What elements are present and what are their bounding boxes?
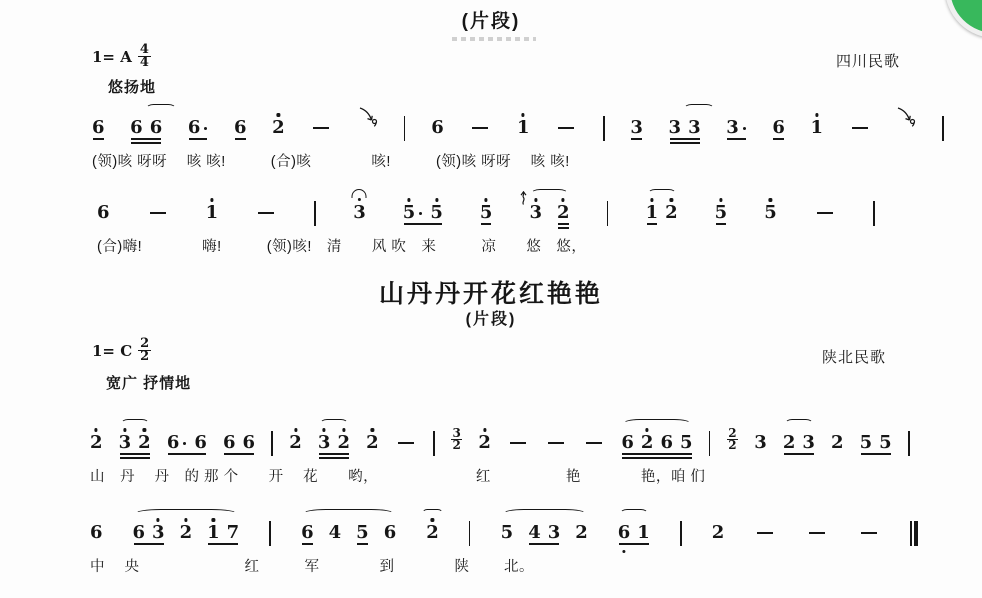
beamed-run: 66	[223, 418, 255, 464]
note-group: 2	[478, 418, 491, 464]
note-group: 32	[529, 188, 569, 234]
beam-underline	[404, 223, 442, 225]
note: 1	[637, 508, 650, 554]
scan-smudge-artifact	[452, 37, 536, 41]
note-group: 2	[366, 418, 379, 464]
note: 2	[426, 508, 439, 554]
note: 2	[712, 508, 725, 554]
note-group: 3	[353, 188, 366, 234]
note: 5	[715, 188, 728, 234]
note: 6	[384, 508, 397, 554]
note: 6	[167, 418, 188, 464]
augmentation-dot	[183, 442, 186, 445]
octave-dot-high	[431, 518, 434, 521]
octave-dot-high	[184, 518, 187, 521]
duration-dash	[545, 418, 567, 444]
beam-underline	[131, 138, 161, 140]
note: 3	[802, 418, 815, 464]
beam-underline	[481, 223, 492, 225]
notation-row: 613555321255	[97, 188, 875, 234]
note: 6	[97, 188, 110, 234]
octave-dot-high	[435, 198, 438, 201]
song1-tempo-marking: 悠扬地	[108, 76, 156, 97]
bar-line	[709, 418, 711, 456]
note-group: 5	[764, 188, 777, 234]
note: 6	[431, 103, 444, 149]
beamed-run: 66	[167, 418, 207, 464]
note-group: 1	[206, 188, 219, 234]
duration-dash	[469, 103, 491, 129]
note-group: 1	[811, 103, 824, 149]
beamed-run: 17	[207, 508, 239, 554]
note: 2	[831, 418, 844, 464]
bar-line	[469, 508, 471, 546]
duration-dash	[255, 188, 277, 214]
duration-dash	[395, 418, 417, 444]
octave-dot-high	[95, 428, 98, 431]
note: 6	[223, 418, 236, 464]
note: 6	[90, 508, 103, 554]
note: 5	[764, 188, 777, 234]
slide-up-ornament-icon	[519, 191, 528, 205]
note-group: 2	[712, 508, 725, 554]
beam-underline	[189, 138, 208, 140]
octave-dot-high	[670, 198, 673, 201]
note-group: 2	[272, 103, 285, 149]
slur	[303, 509, 394, 518]
song2-meter: 2 2	[138, 338, 151, 363]
note: 5	[356, 508, 369, 554]
note-group: 6	[431, 103, 444, 149]
note-group: 32	[318, 418, 350, 464]
beamed-run: 32	[318, 418, 350, 464]
octave-dot-high	[815, 113, 818, 116]
note: 1	[206, 188, 219, 234]
note: 3	[630, 103, 643, 149]
bar-line	[942, 103, 944, 141]
note-group: 55	[403, 188, 443, 234]
note: 6	[772, 103, 785, 149]
octave-dot-high	[650, 198, 653, 201]
note-group: 3	[726, 103, 747, 149]
beamed-run: 55	[860, 418, 892, 464]
beam-underline	[670, 142, 700, 144]
beam-underline	[357, 543, 368, 545]
duration-dash	[310, 103, 332, 129]
beamed-run: 2	[557, 188, 570, 234]
slide-down-arrow-icon	[358, 105, 378, 127]
note-group: 2	[289, 418, 302, 464]
note: 6	[188, 103, 209, 149]
note-group: 23	[783, 418, 815, 464]
note-group: 6	[772, 103, 785, 149]
duration-dash	[806, 508, 828, 534]
beam-underline	[622, 453, 691, 455]
note: 2	[665, 188, 678, 234]
beamed-run: 66	[130, 103, 162, 149]
augmentation-dot	[204, 127, 207, 130]
beam-underline	[558, 227, 569, 229]
octave-dot-high	[522, 113, 525, 116]
octave-dot-high	[210, 198, 213, 201]
note-group: 3	[630, 103, 643, 149]
beam-underline	[529, 543, 559, 545]
final-bar-line	[910, 508, 918, 546]
music-system-4: 663217645625432612 中 央 红 军 到 陕 北。	[90, 508, 918, 576]
duration-dash	[849, 103, 871, 129]
beam-underline	[319, 453, 349, 455]
song1-key-signature: 1= A 4 4	[92, 44, 151, 69]
beamed-run: 33	[669, 103, 701, 149]
beamed-run: 3	[726, 103, 747, 149]
song2-tempo-marking: 宽广 抒情地	[106, 372, 191, 393]
note-group: 6	[188, 103, 209, 149]
bar-line	[314, 188, 316, 226]
beam-underline	[131, 142, 161, 144]
beam-underline	[773, 138, 784, 140]
note: 6	[243, 418, 256, 464]
note: 4	[329, 508, 342, 554]
note: 1	[517, 103, 530, 149]
beam-underline	[622, 457, 691, 459]
bar-line	[873, 188, 875, 226]
bar-line	[271, 418, 273, 456]
beam-underline	[727, 138, 746, 140]
bar-line	[269, 508, 271, 546]
note: 7	[227, 508, 240, 554]
song1-fragment-label: (片段)	[0, 6, 982, 33]
notation-row: 23266662322322626522323255	[90, 418, 910, 464]
beamed-run: 32	[119, 418, 151, 464]
beam-underline	[120, 457, 150, 459]
note-group: 33	[669, 103, 701, 149]
note: 6	[194, 418, 207, 464]
lyrics-line: (领)咳 呀呀 咳 咳! (合)咳 咳! (领)咳 呀呀 咳 咳!	[92, 150, 944, 171]
song2-fragment-label: (片段)	[0, 306, 982, 329]
octave-dot-high	[371, 428, 374, 431]
note: 6	[301, 508, 314, 554]
song1-credit: 四川民歌	[836, 50, 900, 71]
octave-dot-high	[485, 198, 488, 201]
beamed-run: 1	[646, 188, 659, 234]
note: 2	[289, 418, 302, 464]
note: 3	[548, 508, 561, 554]
note: 2	[272, 103, 285, 149]
octave-dot-high	[562, 198, 565, 201]
octave-dot-low	[622, 550, 625, 553]
song1-meter: 4 4	[138, 44, 151, 69]
note: 2	[478, 418, 491, 464]
beamed-run: 5	[480, 188, 493, 234]
note: 1	[207, 508, 220, 554]
lyrics-line: (合)嗨! 嗨! (领)咳! 清 风 吹 来 凉 悠 悠，	[97, 235, 875, 256]
note: 2	[783, 418, 796, 464]
lyrics-line: 山 丹 丹 的 那 个 开 花 哟， 红 艳 艳，咱 们	[90, 465, 910, 486]
note-group: 5	[480, 188, 493, 234]
note: 6	[92, 103, 105, 149]
note-group: 66	[130, 103, 162, 149]
song1-key-text: 1= A	[92, 48, 132, 66]
beam-underline	[302, 543, 313, 545]
bar-line	[908, 418, 910, 456]
augmentation-dot	[743, 127, 746, 130]
octave-dot-high	[123, 428, 126, 431]
notation-row: 663217645625432612	[90, 508, 918, 554]
beamed-run: 5	[715, 188, 728, 234]
note-group: 6	[234, 103, 247, 149]
octave-dot-high	[646, 428, 649, 431]
bar-line	[433, 418, 435, 456]
note: 5	[879, 418, 892, 464]
note: 2	[575, 508, 588, 554]
note: 5	[480, 188, 493, 234]
note-group: 2	[426, 508, 439, 554]
beam-underline	[134, 543, 164, 545]
note: 6	[133, 508, 146, 554]
note-group: 6456	[301, 508, 396, 554]
fermata-icon	[352, 189, 367, 202]
bar-line	[680, 508, 682, 546]
augmentation-dot	[419, 212, 422, 215]
duration-dash	[507, 418, 529, 444]
note-group: 66	[167, 418, 207, 464]
beam-underline	[235, 138, 246, 140]
beamed-run: 6	[772, 103, 785, 149]
octave-dot-high	[157, 518, 160, 521]
music-system-2: 613555321255 (合)嗨! 嗨! (领)咳! 清 风 吹 来 凉 悠 …	[97, 188, 875, 256]
note: 5	[501, 508, 514, 554]
notation-row: 66666261333361	[92, 103, 944, 149]
duration-dash	[754, 508, 776, 534]
beamed-run: 6	[92, 103, 105, 149]
bar-line	[603, 103, 605, 141]
note-group: 2	[831, 418, 844, 464]
note-group: 5432	[501, 508, 588, 554]
bar-line	[607, 188, 609, 226]
octave-dot-high	[212, 518, 215, 521]
note-group: 1	[517, 103, 530, 149]
octave-dot-high	[407, 198, 410, 201]
slide-down-arrow-icon	[896, 105, 916, 127]
note-group: 63217	[133, 508, 240, 554]
duration-dash	[147, 188, 169, 214]
note-group: 66	[223, 418, 255, 464]
beam-underline	[319, 457, 349, 459]
beam-underline	[861, 453, 891, 455]
octave-dot-high	[277, 113, 280, 116]
note-group: 5	[715, 188, 728, 234]
beamed-run: 55	[403, 188, 443, 234]
octave-dot-high	[719, 198, 722, 201]
note: 2	[366, 418, 379, 464]
beam-underline	[716, 223, 727, 225]
beamed-run: 5	[356, 508, 369, 554]
inline-time-signature: 22	[727, 428, 738, 451]
beamed-run: 63	[133, 508, 165, 554]
note: 2	[180, 508, 193, 554]
beam-underline	[670, 138, 700, 140]
note: 3	[754, 418, 767, 464]
note: 6	[234, 103, 247, 149]
note-group: 6	[90, 508, 103, 554]
song2-credit: 陕北民歌	[822, 346, 886, 367]
octave-dot-high	[294, 428, 297, 431]
beamed-run: 6	[188, 103, 209, 149]
beamed-run: 43	[528, 508, 560, 554]
duration-dash	[814, 188, 836, 214]
note: 5	[430, 188, 443, 234]
song2-key-text: 1= C	[92, 342, 132, 360]
note-group: 61	[618, 508, 650, 554]
song2-key-signature: 1= C 2 2	[92, 338, 151, 363]
music-system-1: 66666261333361 (领)咳 呀呀 咳 咳! (合)咳 咳! (领)咳…	[92, 103, 944, 171]
octave-dot-high	[769, 198, 772, 201]
duration-dash	[555, 103, 577, 129]
beamed-run: 6	[301, 508, 314, 554]
duration-dash	[583, 418, 605, 444]
inline-time-signature: 32	[451, 428, 462, 451]
beam-underline	[631, 138, 642, 140]
note-group: 6	[92, 103, 105, 149]
beamed-run: 3	[630, 103, 643, 149]
octave-dot-high	[483, 428, 486, 431]
note-group: 2	[90, 418, 103, 464]
note: 2	[90, 418, 103, 464]
bar-line	[404, 103, 406, 141]
note: 3	[353, 188, 366, 234]
note: 6	[618, 508, 631, 554]
beam-underline	[558, 223, 569, 225]
note: 3	[726, 103, 747, 149]
note: 5	[860, 418, 873, 464]
lyrics-line: 中 央 红 军 到 陕 北。	[90, 555, 918, 576]
octave-dot-high	[323, 428, 326, 431]
note-group: 6265	[621, 418, 692, 464]
beam-underline	[208, 543, 238, 545]
note: 1	[646, 188, 659, 234]
note-group: 55	[860, 418, 892, 464]
note-group: 6	[97, 188, 110, 234]
duration-dash	[858, 508, 880, 534]
note: 3	[529, 188, 542, 234]
beamed-run: 23	[783, 418, 815, 464]
song2-title: 山丹丹开花红艳艳	[0, 274, 982, 310]
beam-underline	[93, 138, 104, 140]
note-group: 32	[119, 418, 151, 464]
note: 4	[528, 508, 541, 554]
music-system-3: 23266662322322626522323255 山 丹 丹 的 那 个 开…	[90, 418, 910, 486]
octave-dot-high	[143, 428, 146, 431]
note-group: 12	[646, 188, 678, 234]
note: 1	[811, 103, 824, 149]
octave-dot-high	[342, 428, 345, 431]
beam-underline	[120, 453, 150, 455]
beam-underline	[168, 453, 206, 455]
beamed-run: 61	[618, 508, 650, 554]
note: 5	[403, 188, 424, 234]
note: 3	[152, 508, 165, 554]
beam-underline	[619, 543, 649, 545]
beamed-run: 6	[234, 103, 247, 149]
beam-underline	[224, 453, 254, 455]
beam-underline	[647, 223, 658, 225]
beam-underline	[784, 453, 814, 455]
octave-dot-high	[534, 198, 537, 201]
beamed-run: 6265	[621, 418, 692, 464]
note-group: 3	[754, 418, 767, 464]
